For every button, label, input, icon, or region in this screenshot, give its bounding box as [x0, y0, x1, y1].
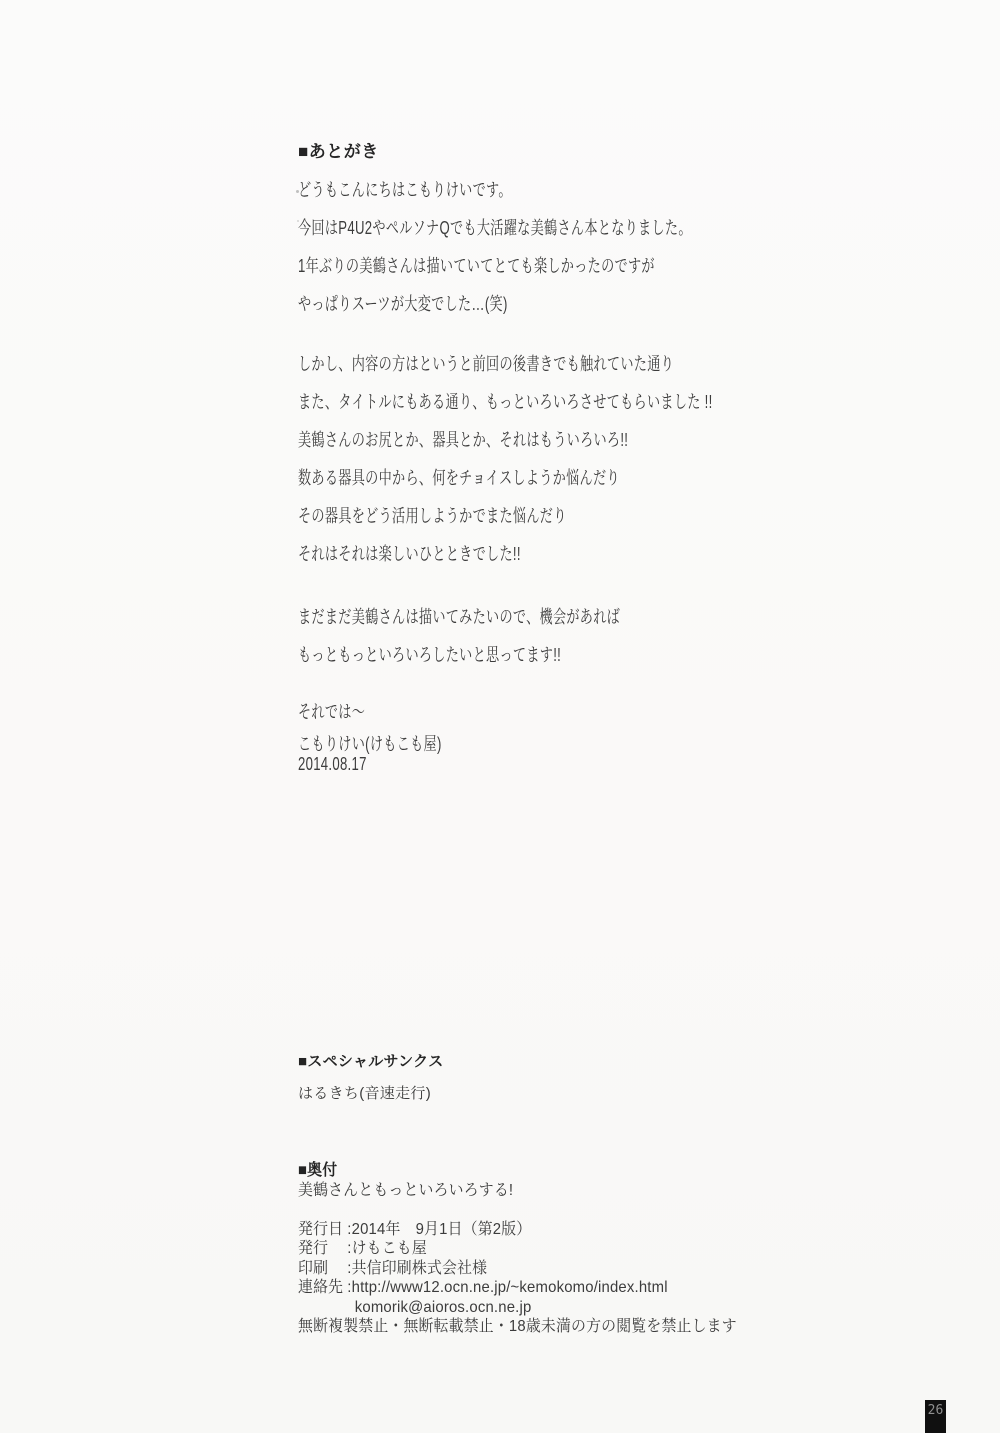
afterword-para1-line2: 今回はP4U2やペルソナQでも大活躍な美鶴さん本となりました。	[298, 209, 692, 247]
afterword-paragraph-3: まだまだ美鶴さんは描いてみたいので、機会があれば もっともっといろいろしたいと思…	[298, 598, 739, 674]
row-label: 発行日	[298, 1220, 347, 1240]
afterword-para1-line3: 1年ぶりの美鶴さんは描いていてとても楽しかったのですが	[298, 247, 655, 285]
closing-line: それでは～	[298, 693, 365, 731]
special-thanks-section: ■スペシャルサンクス はるきち(音速走行)	[298, 1046, 444, 1110]
afterword-date: 2014.08.17	[298, 754, 367, 774]
row-label: 連絡先	[298, 1278, 347, 1298]
book-title: 美鶴さんともっといろいろする!	[298, 1181, 513, 1201]
afterword-para2-line6: それはそれは楽しいひとときでした!!	[298, 535, 521, 573]
afterword-para2-line3: 美鶴さんのお尻とか、器具とか、それはもういろいろ!!	[298, 421, 628, 459]
row-label: 印刷	[298, 1259, 347, 1279]
row-label: 発行	[298, 1239, 347, 1259]
scan-speck	[297, 220, 299, 222]
signature-block: こもりけい(けもこも屋) 2014.08.17	[298, 734, 495, 774]
scan-speck	[296, 190, 299, 193]
afterword-section: ■あとがき どうもこんにちはこもりけいです。 今回はP4U2やペルソナQでも大活…	[298, 133, 837, 323]
afterword-para3-line1: まだまだ美鶴さんは描いてみたいので、機会があれば	[298, 598, 620, 636]
afterword-para1-line1: どうもこんにちはこもりけいです。	[298, 171, 512, 209]
contact-url: :http://www12.ocn.ne.jp/~kemokomo/index.…	[347, 1279, 667, 1296]
colophon-row-publish-date: 発行日:2014年 9月1日（第2版）	[298, 1220, 770, 1240]
contact-email: komorik@aioros.ocn.ne.jp	[355, 1299, 532, 1316]
colophon-heading: ■奥付	[298, 1161, 337, 1181]
copyright-notice: 無断複製禁止・無断転載禁止・18歳未満の方の閲覧を禁止します	[298, 1317, 737, 1337]
afterword-para2-line5: その器具をどう活用しようかでまた悩んだり	[298, 497, 567, 535]
colophon-gap	[298, 1200, 770, 1220]
colophon-row-publisher: 発行:けもこも屋	[298, 1239, 770, 1259]
afterword-para2-line4: 数ある器具の中から、何をチョイスしようか悩んだり	[298, 459, 620, 497]
row-value: :けもこも屋	[347, 1240, 427, 1257]
scanned-afterword-page: ■あとがき どうもこんにちはこもりけいです。 今回はP4U2やペルソナQでも大活…	[0, 0, 1000, 1433]
row-value: :2014年 9月1日（第2版）	[347, 1221, 531, 1238]
afterword-para2-line1: しかし、内容の方はというと前回の後書きでも触れていた通り	[298, 345, 674, 383]
author-signature: こもりけい(けもこも屋)	[298, 734, 442, 754]
colophon-row-printer: 印刷:共信印刷株式会社様	[298, 1259, 770, 1279]
row-value: :共信印刷株式会社様	[347, 1260, 487, 1277]
afterword-para3-line2: もっともっといろいろしたいと思ってます!!	[298, 636, 561, 674]
colophon-row-contact: 連絡先:http://www12.ocn.ne.jp/~kemokomo/ind…	[298, 1278, 770, 1298]
page-number: 26	[928, 1403, 944, 1418]
colophon-section: ■奥付 美鶴さんともっといろいろする! 発行日:2014年 9月1日（第2版） …	[298, 1161, 770, 1337]
colophon-row-email: komorik@aioros.ocn.ne.jp	[298, 1298, 770, 1318]
afterword-closing: それでは～	[298, 693, 390, 731]
special-thanks-name: はるきち(音速走行)	[298, 1078, 444, 1110]
afterword-para2-line2: また、タイトルにもある通り、もっといろいろさせてもらいました !!	[298, 383, 713, 421]
page-number-box: 26	[925, 1400, 946, 1433]
afterword-para1-line4: やっぱりスーツが大変でした…(笑)	[298, 285, 508, 323]
afterword-heading: ■あとがき	[298, 133, 837, 171]
afterword-paragraph-2: しかし、内容の方はというと前回の後書きでも触れていた通り また、タイトルにもある…	[298, 345, 866, 573]
special-thanks-heading: ■スペシャルサンクス	[298, 1046, 444, 1078]
